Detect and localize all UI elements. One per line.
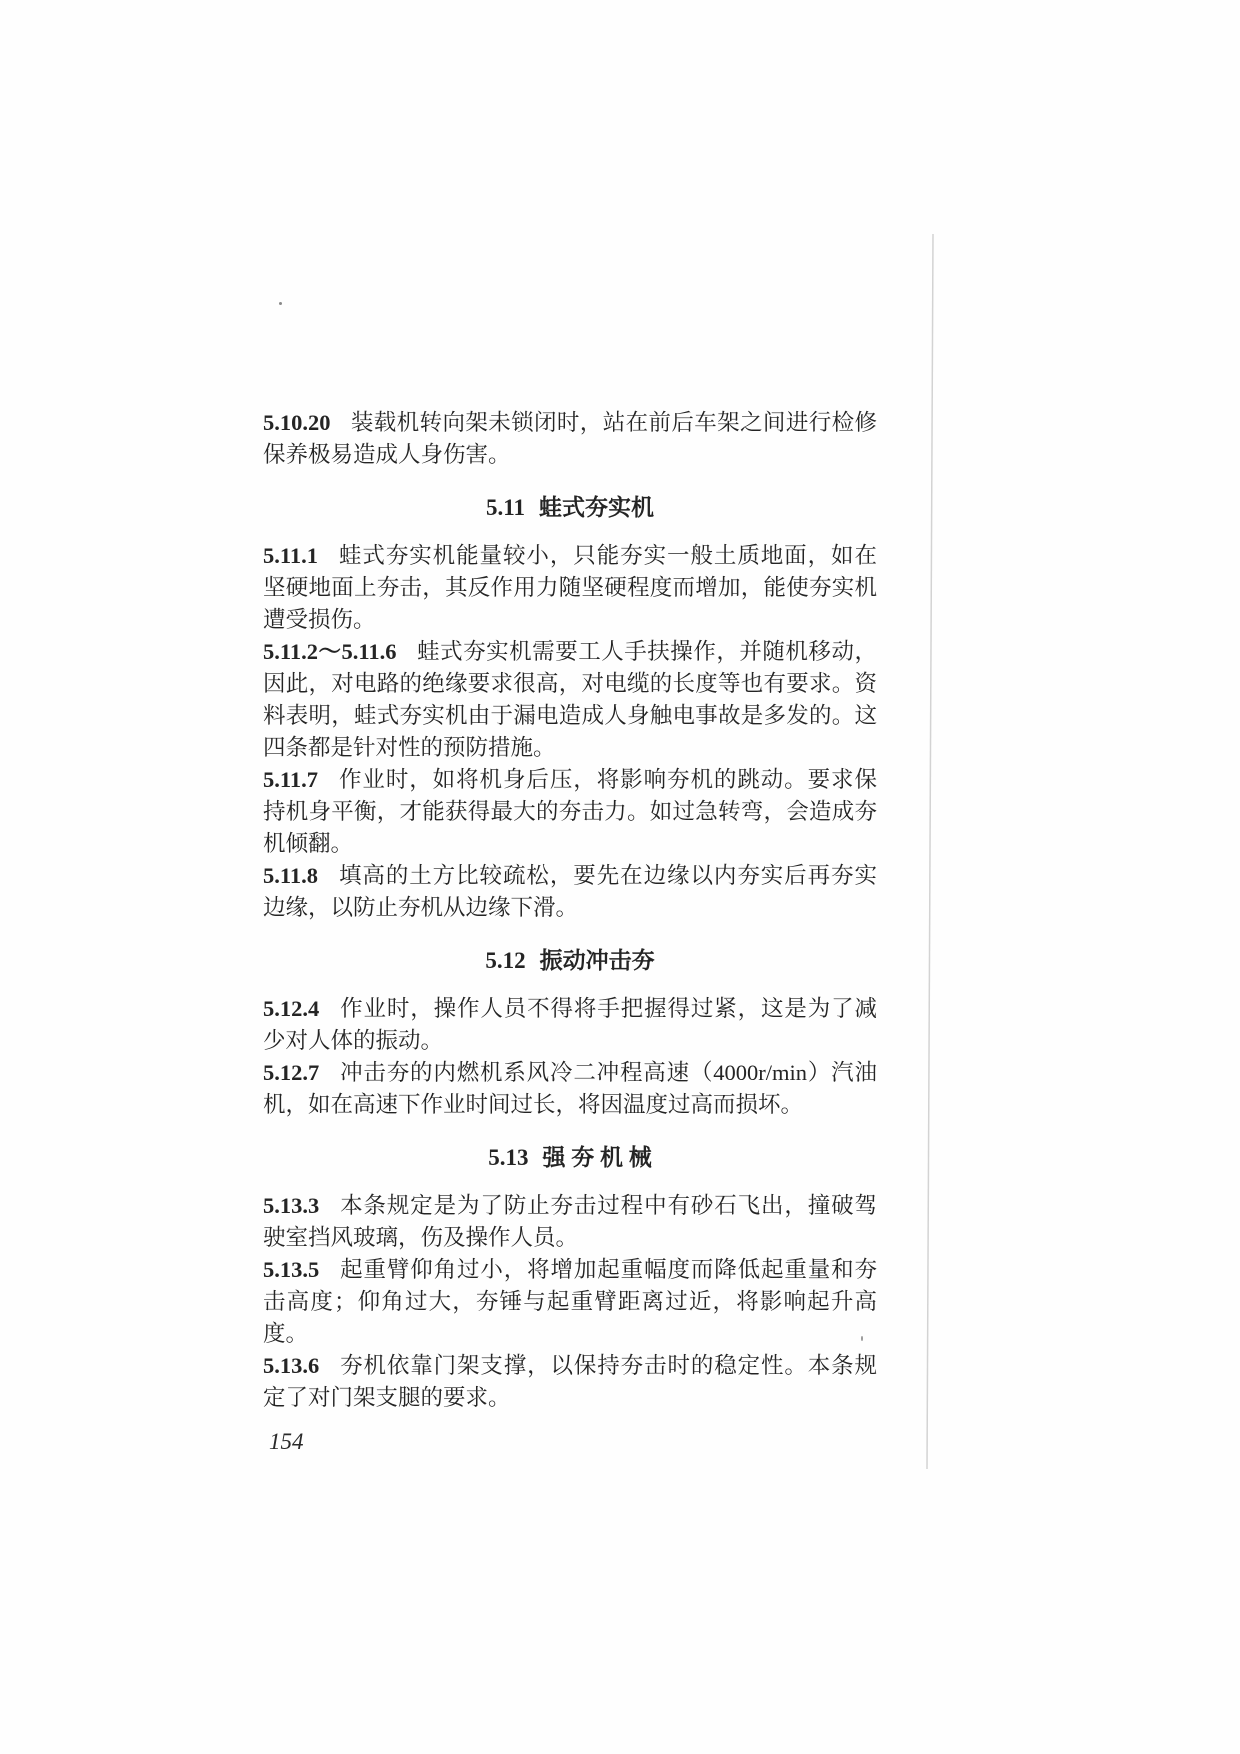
paragraph: 5.10.20装载机转向架未锁闭时，站在前后车架之间进行检修保养极易造成人身伤害… (263, 407, 877, 471)
clause-text: 填高的土方比较疏松，要先在边缘以内夯实后再夯实边缘，以防止夯机从边缘下滑。 (263, 863, 877, 920)
heading-title: 振动冲击夯 (540, 948, 655, 973)
paragraph: 5.13.6夯机依靠门架支撑，以保持夯击时的稳定性。本条规定了对门架支腿的要求。 (263, 1350, 877, 1414)
paragraph: 5.12.7冲击夯的内燃机系风冷二冲程高速（4000r/min）汽油机，如在高速… (263, 1057, 877, 1121)
paragraph: 5.13.5起重臂仰角过小，将增加起重幅度而降低起重量和夯击高度；仰角过大，夯锤… (263, 1254, 877, 1350)
heading-number: 5.13 (488, 1145, 528, 1170)
page-number: 154 (269, 1428, 877, 1456)
clause-number: 5.11.8 (263, 863, 318, 888)
clause-text: 作业时，如将机身后压，将影响夯机的跳动。要求保持机身平衡，才能获得最大的夯击力。… (263, 767, 877, 856)
clause-text: 起重臂仰角过小，将增加起重幅度而降低起重量和夯击高度；仰角过大，夯锤与起重臂距离… (263, 1257, 877, 1346)
clause-text: 装载机转向架未锁闭时，站在前后车架之间进行检修保养极易造成人身伤害。 (263, 410, 877, 467)
paragraph: 5.11.1蛙式夯实机能量较小，只能夯实一般土质地面，如在坚硬地面上夯击，其反作… (263, 540, 877, 636)
clause-number: 5.12.4 (263, 996, 319, 1021)
heading-number: 5.12 (485, 948, 525, 973)
section-heading: 5.13强 夯 机 械 (263, 1142, 877, 1174)
paragraph: 5.11.2～5.11.6蛙式夯实机需要工人手扶操作，并随机移动，因此，对电路的… (263, 636, 877, 764)
document-page: 5.10.20装载机转向架未锁闭时，站在前后车架之间进行检修保养极易造成人身伤害… (0, 0, 1240, 1754)
clause-number: 5.11.7 (263, 767, 318, 792)
clause-number: 5.11.1 (263, 543, 318, 568)
heading-title: 强 夯 机 械 (543, 1145, 652, 1170)
section-heading: 5.11蛙式夯实机 (263, 492, 877, 524)
clause-number: 5.13.6 (263, 1353, 319, 1378)
paragraph: 5.11.7作业时，如将机身后压，将影响夯机的跳动。要求保持机身平衡，才能获得最… (263, 764, 877, 860)
clause-number: 5.12.7 (263, 1060, 319, 1085)
clause-number: 5.10.20 (263, 410, 331, 435)
scan-speck (279, 302, 282, 305)
heading-number: 5.11 (486, 495, 525, 520)
section-heading: 5.12振动冲击夯 (263, 945, 877, 977)
clause-text: 蛙式夯实机能量较小，只能夯实一般土质地面，如在坚硬地面上夯击，其反作用力随坚硬程… (263, 543, 877, 632)
clause-text: 冲击夯的内燃机系风冷二冲程高速（4000r/min）汽油机，如在高速下作业时间过… (263, 1060, 877, 1117)
paragraph: 5.12.4作业时，操作人员不得将手把握得过紧，这是为了减少对人体的振动。 (263, 993, 877, 1057)
clause-number: 5.13.5 (263, 1257, 319, 1282)
heading-title: 蛙式夯实机 (539, 495, 654, 520)
clause-text: 本条规定是为了防止夯击过程中有砂石飞出，撞破驾驶室挡风玻璃，伤及操作人员。 (263, 1193, 877, 1250)
clause-text: 作业时，操作人员不得将手把握得过紧，这是为了减少对人体的振动。 (263, 996, 877, 1053)
paragraph: 5.11.8填高的土方比较疏松，要先在边缘以内夯实后再夯实边缘，以防止夯机从边缘… (263, 860, 877, 924)
paragraph: 5.13.3本条规定是为了防止夯击过程中有砂石飞出，撞破驾驶室挡风玻璃，伤及操作… (263, 1190, 877, 1254)
clause-number: 5.11.2～5.11.6 (263, 639, 397, 664)
content-block: 5.10.20装载机转向架未锁闭时，站在前后车架之间进行检修保养极易造成人身伤害… (263, 407, 877, 1456)
clause-text: 夯机依靠门架支撑，以保持夯击时的稳定性。本条规定了对门架支腿的要求。 (263, 1353, 877, 1410)
clause-number: 5.13.3 (263, 1193, 319, 1218)
